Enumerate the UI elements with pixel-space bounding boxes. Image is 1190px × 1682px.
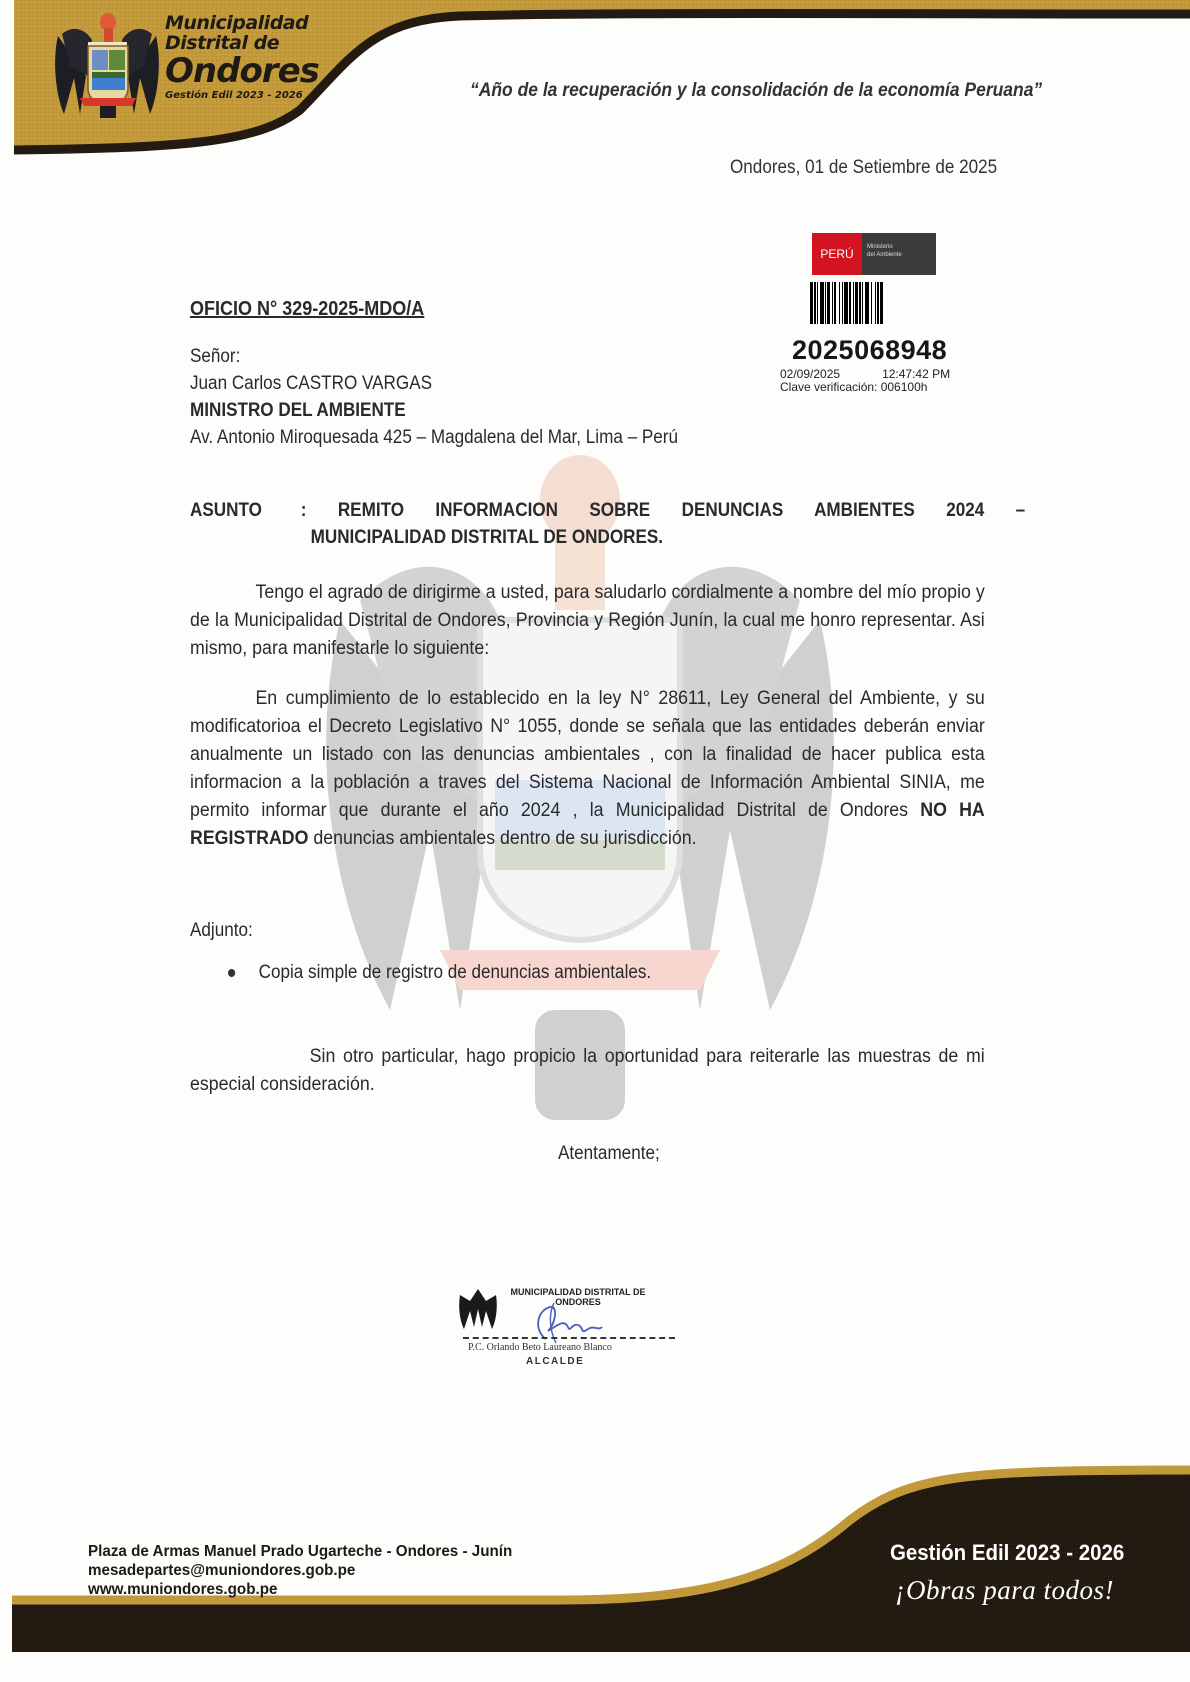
footer-address: Plaza de Armas Manuel Prado Ugarteche - …	[88, 1542, 512, 1561]
recipient-name: Juan Carlos CASTRO VARGAS	[190, 370, 678, 397]
ministry-name: Ministerio del Ambiente	[862, 233, 936, 275]
recipient-address: Av. Antonio Miroquesada 425 – Magdalena …	[190, 424, 678, 451]
paragraph-main: En cumplimiento de lo establecido en la …	[190, 685, 985, 853]
verification-code: Clave verificación: 006100h	[780, 381, 950, 394]
registry-number: 2025068948	[792, 335, 947, 366]
paragraph-greeting: Tengo el agrado de dirigirme a usted, pa…	[190, 579, 985, 663]
municipality-logo-text: Municipalidad Distrital de Ondores Gesti…	[165, 14, 319, 101]
org-line-3: Ondores	[165, 54, 319, 88]
paragraph-closing-text: Sin otro particular, hago propicio la op…	[190, 1046, 985, 1095]
letter-date: Ondores, 01 de Setiembre de 2025	[730, 157, 997, 179]
signatory-role: ALCALDE	[526, 1356, 584, 1367]
footer-slogan: ¡Obras para todos!	[895, 1575, 1114, 1606]
condor-seal-icon	[458, 1283, 498, 1333]
ministry-line-1: Ministerio	[867, 243, 936, 251]
year-motto: “Año de la recuperación y la consolidaci…	[470, 80, 1042, 102]
registry-date: 02/09/2025	[780, 367, 840, 381]
org-line-1: Municipalidad	[165, 14, 319, 33]
attachment-text: Copia simple de registro de denuncias am…	[259, 962, 652, 983]
recipient-block: Señor: Juan Carlos CASTRO VARGAS MINISTR…	[190, 343, 678, 451]
barcode-icon	[810, 282, 955, 324]
document-reference: OFICIO N° 329-2025-MDO/A	[190, 298, 424, 321]
paragraph-main-end: denuncias ambientales dentro de su juris…	[308, 828, 696, 849]
paragraph-greeting-text: Tengo el agrado de dirigirme a usted, pa…	[190, 582, 985, 659]
subject-line-1: : REMITO INFORMACION SOBRE DENUNCIAS AMB…	[301, 497, 1025, 524]
recipient-title: MINISTRO DEL AMBIENTE	[190, 397, 678, 424]
subject-label: ASUNTO	[190, 497, 262, 524]
ministry-line-2: del Ambiente	[867, 251, 936, 259]
peru-brand: PERÚ	[812, 233, 862, 275]
salutation: Señor:	[190, 343, 678, 370]
footer-email[interactable]: mesadepartes@muniondores.gob.pe	[88, 1561, 512, 1580]
paragraph-main-start: En cumplimiento de lo establecido en la …	[190, 688, 985, 821]
attachment-item: Copia simple de registro de denuncias am…	[228, 962, 651, 984]
registry-time: 12:47:42 PM	[882, 367, 950, 381]
signature-line	[463, 1337, 675, 1339]
footer-website[interactable]: www.muniondores.gob.pe	[88, 1580, 512, 1599]
farewell: Atentamente;	[558, 1143, 660, 1165]
condor-coat-of-arms-icon	[52, 6, 162, 126]
footer-administration: Gestión Edil 2023 - 2026	[890, 1540, 1124, 1566]
paragraph-closing: Sin otro particular, hago propicio la op…	[190, 1043, 985, 1099]
ministry-logo: PERÚ Ministerio del Ambiente	[812, 233, 936, 275]
signature-block: MUNICIPALIDAD DISTRITAL DE ONDORES P.C. …	[458, 1283, 678, 1383]
signatory-name: P.C. Orlando Beto Laureano Blanco	[468, 1342, 612, 1353]
org-line-4: Gestión Edil 2023 - 2026	[165, 91, 319, 101]
attachment-label: Adjunto:	[190, 920, 253, 942]
footer-contact: Plaza de Armas Manuel Prado Ugarteche - …	[88, 1542, 512, 1599]
registry-timestamp: 02/09/202512:47:42 PM Clave verificación…	[780, 368, 950, 393]
subject-line-2: MUNICIPALIDAD DISTRITAL DE ONDORES.	[311, 524, 663, 551]
bullet-icon	[228, 969, 235, 977]
